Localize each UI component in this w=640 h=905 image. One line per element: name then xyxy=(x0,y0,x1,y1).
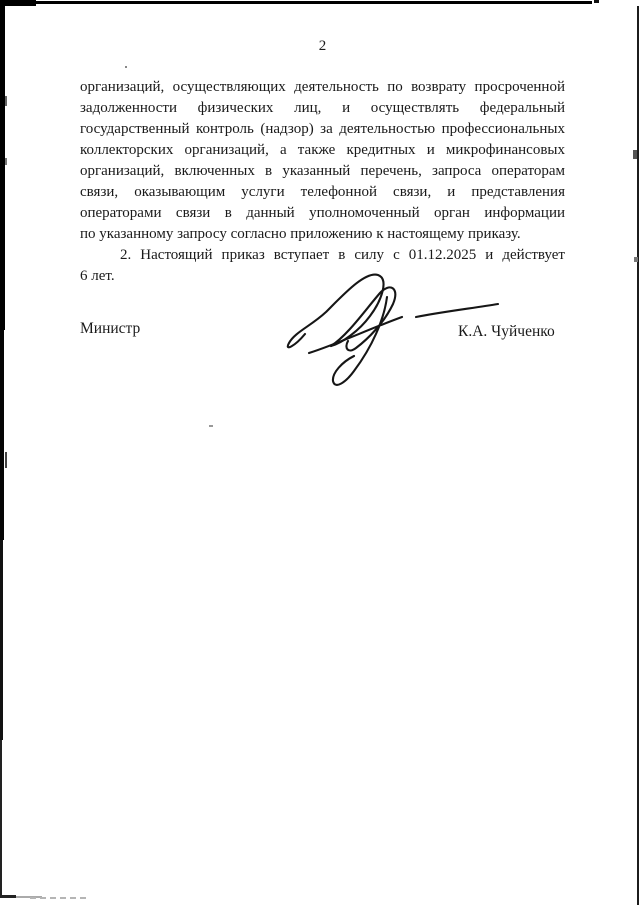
body-text: организаций, осуществляющих деятельность… xyxy=(80,77,565,287)
scan-artifact-speck xyxy=(209,425,213,427)
scan-artifact-left-edge xyxy=(0,540,3,740)
text-line: коллекторских организаций, а также креди… xyxy=(80,140,565,161)
scan-artifact-bottom-dashes xyxy=(30,897,88,899)
scan-artifact-left-edge xyxy=(0,330,4,540)
text-line: задолженности физических лиц, и осуществ… xyxy=(80,98,565,119)
scan-artifact-speck xyxy=(5,158,7,165)
minister-title: Министр xyxy=(80,320,140,338)
scan-artifact-speck xyxy=(5,452,7,468)
text-line: по указанному запросу согласно приложени… xyxy=(80,224,565,245)
minister-name: К.А. Чуйченко xyxy=(458,323,555,341)
scan-artifact-top-edge xyxy=(30,1,592,4)
scan-artifact-speck xyxy=(633,150,637,159)
scan-artifact-speck xyxy=(125,66,127,68)
scan-artifact-left-edge xyxy=(0,0,5,330)
text-line: операторами связи в данный уполномоченны… xyxy=(80,203,565,224)
scan-artifact-top-tick xyxy=(594,0,599,3)
text-line: организаций, включенных в указанный пере… xyxy=(80,161,565,182)
text-line: государственный контроль (надзор) за дея… xyxy=(80,119,565,140)
scan-artifact-left-edge xyxy=(0,740,2,898)
text-line: 2. Настоящий приказ вступает в силу с 01… xyxy=(80,245,565,266)
scan-artifact-speck xyxy=(634,257,638,262)
text-line: организаций, осуществляющих деятельность… xyxy=(80,77,565,98)
scan-artifact-bottom-corner xyxy=(0,895,16,898)
document-page: 2 организаций, осуществляющих деятельнос… xyxy=(0,0,640,905)
scan-artifact-right-edge xyxy=(637,6,639,905)
text-line: связи, оказывающим услуги телефонной свя… xyxy=(80,182,565,203)
page-number: 2 xyxy=(80,38,565,55)
scan-artifact-speck xyxy=(5,96,7,106)
